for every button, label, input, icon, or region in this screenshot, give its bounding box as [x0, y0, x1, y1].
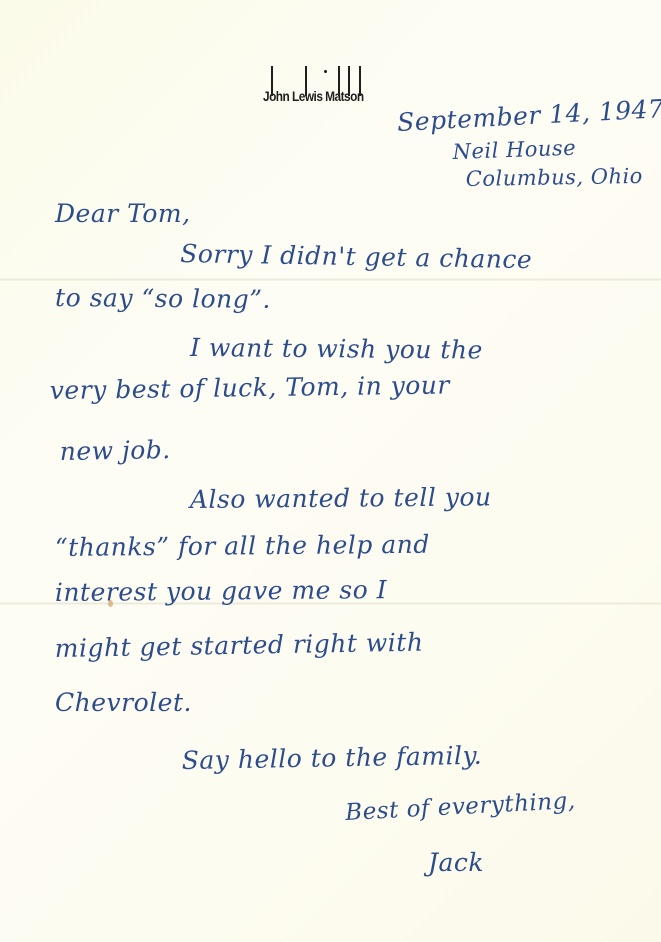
signature: Jack	[428, 848, 484, 877]
body-line: Say hello to the family.	[181, 741, 482, 775]
body-line: might get started right with	[54, 628, 423, 663]
body-line: I want to wish you the	[190, 333, 483, 365]
body-line: interest you gave me so I	[55, 575, 387, 607]
letter-page: John Lewis Matson September 14, 1947 Nei…	[0, 0, 661, 942]
body-line: new job.	[59, 435, 170, 466]
letterhead: John Lewis Matson	[263, 66, 413, 110]
paper-fold-line	[0, 278, 661, 281]
letterhead-name: John Lewis Matson	[263, 89, 364, 104]
address-line-1: Neil House	[452, 136, 576, 164]
body-line: Chevrolet.	[55, 688, 192, 717]
body-line: Also wanted to tell you	[190, 482, 492, 514]
body-line: Sorry I didn't get a chance	[180, 239, 532, 274]
salutation: Dear Tom,	[55, 199, 191, 228]
address-line-2: Columbus, Ohio	[466, 164, 643, 191]
closing: Best of everything,	[345, 788, 577, 826]
letterhead-dot	[324, 70, 327, 73]
letter-date: September 14, 1947	[396, 94, 661, 137]
body-line: “thanks” for all the help and	[55, 530, 430, 562]
body-line: very best of luck, Tom, in your	[50, 370, 450, 405]
body-line: to say “so long”.	[55, 283, 271, 314]
